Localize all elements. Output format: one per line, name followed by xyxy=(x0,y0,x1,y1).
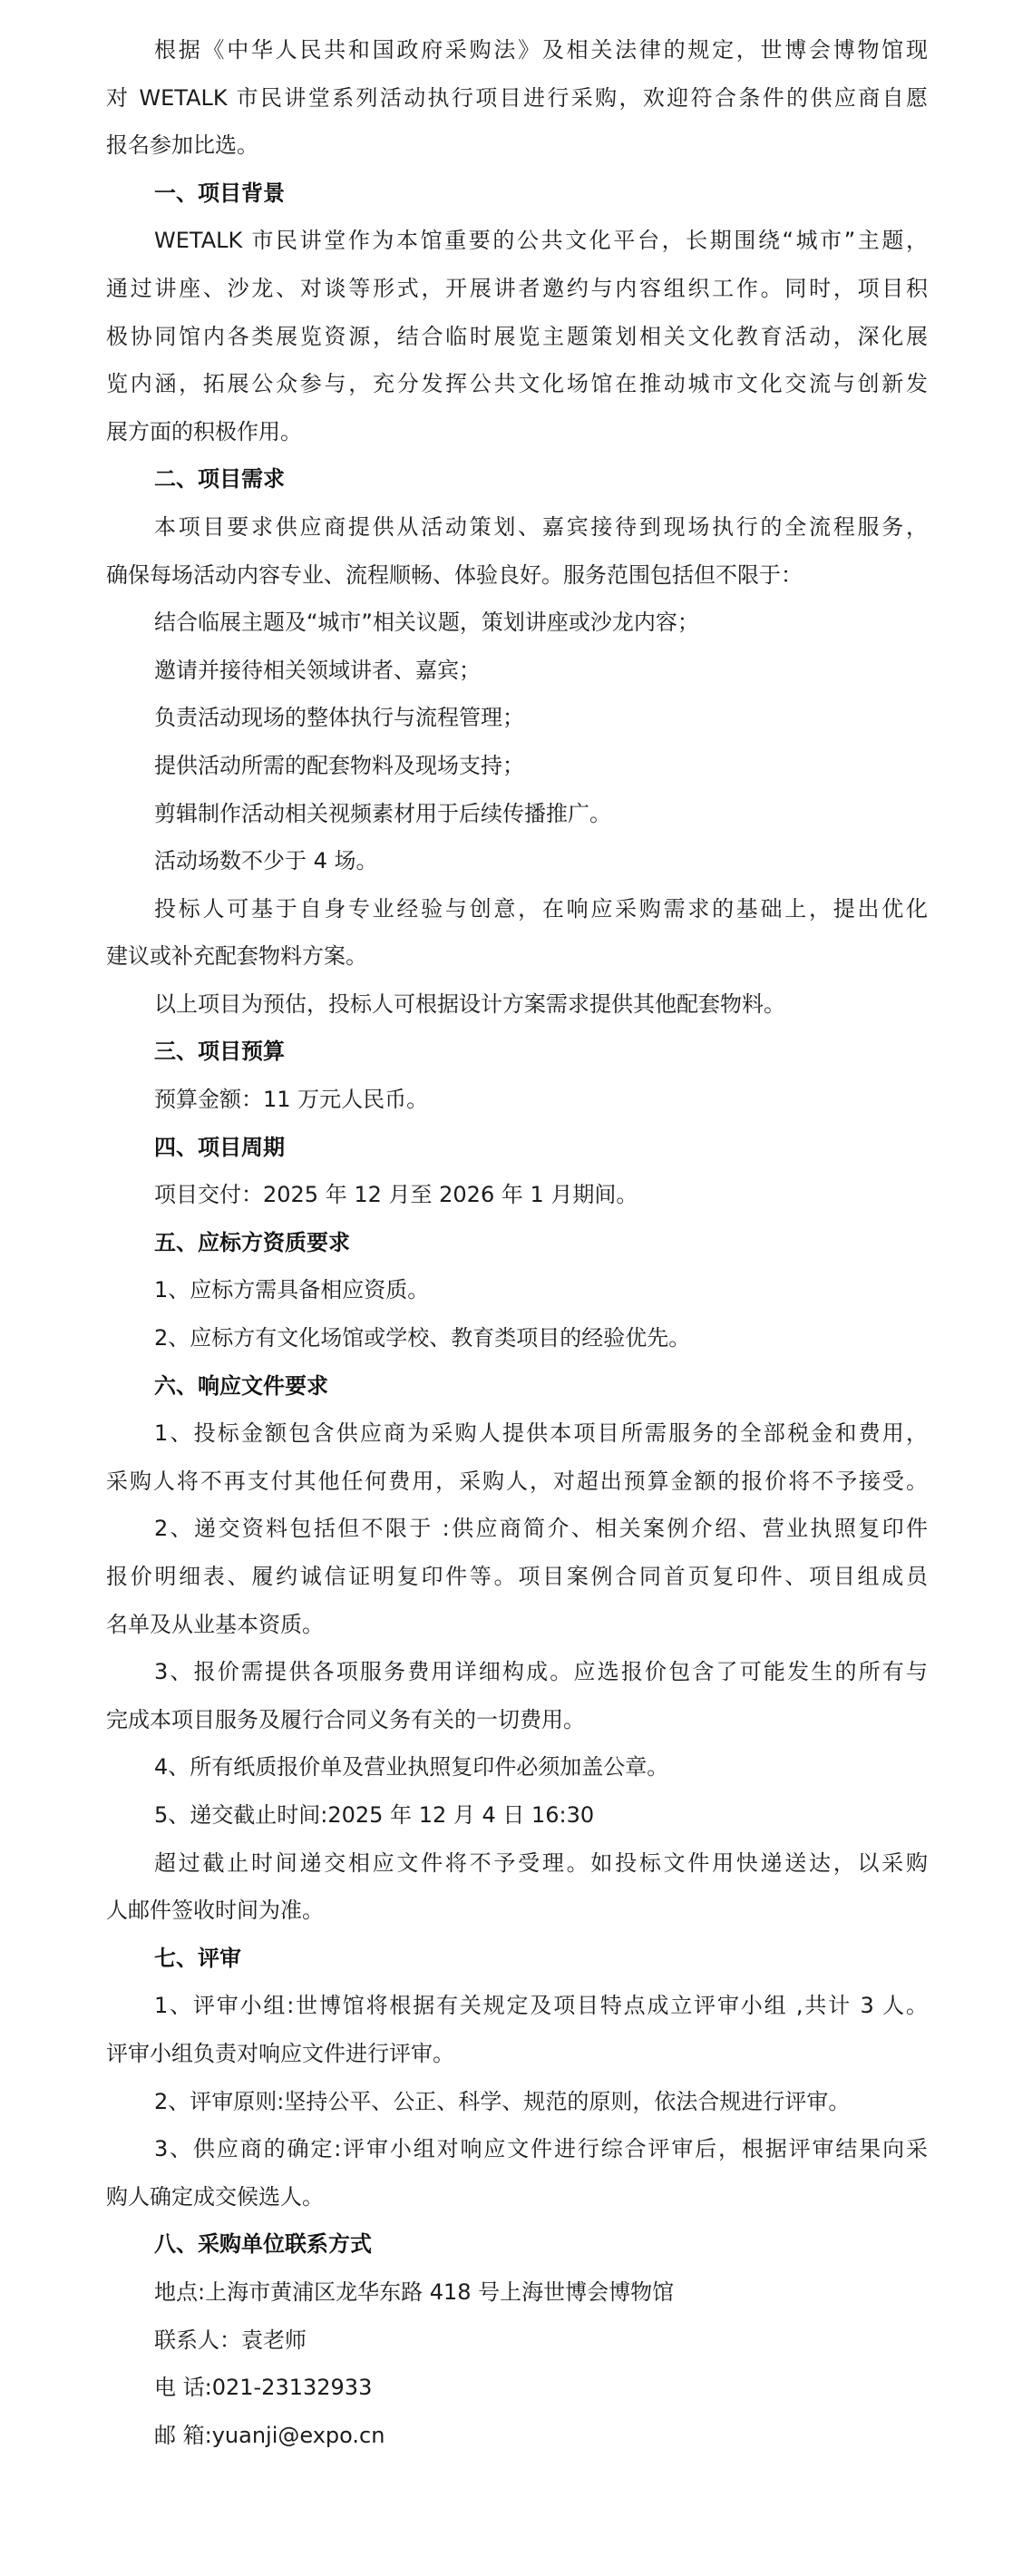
doc-line: 3、供应商的确定:评审小组对响应文件进行综合评审后，根据评审结果向采 xyxy=(106,2125,928,2173)
doc-line: 4、所有纸质报价单及营业执照复印件必须加盖公章。 xyxy=(106,1743,928,1791)
section-heading-contact: 八、采购单位联系方式 xyxy=(106,2220,928,2269)
doc-line: 建议或补充配套物料方案。 xyxy=(106,932,928,981)
section-heading-budget: 三、项目预算 xyxy=(106,1028,928,1076)
doc-line: 确保每场活动内容专业、流程顺畅、体验良好。服务范围包括但不限于： xyxy=(106,551,928,600)
doc-line: 展方面的积极作用。 xyxy=(106,408,928,456)
doc-line: 报价明细表、履约诚信证明复印件等。项目案例合同首页复印件、项目组成员 xyxy=(106,1553,928,1601)
qualification-item: 1、应标方需具备相应资质。 xyxy=(106,1266,928,1314)
doc-line: 2、递交资料包括但不限于 :供应商简介、相关案例介绍、营业执照复印件 xyxy=(106,1505,928,1553)
section-heading-qualifications: 五、应标方资质要求 xyxy=(106,1219,928,1267)
service-scope-item: 提供活动所需的配套物料及现场支持； xyxy=(106,742,928,790)
doc-line: 通过讲座、沙龙、对谈等形式，开展讲者邀约与内容组织工作。同时，项目积 xyxy=(106,265,928,313)
doc-line: 1、评审小组:世博馆将根据有关规定及项目特点成立评审小组 ,共计 3 人。 xyxy=(106,1982,928,2030)
doc-line: 完成本项目服务及履行合同义务有关的一切费用。 xyxy=(106,1696,928,1744)
doc-line: 1、投标金额包含供应商为采购人提供本项目所需服务的全部税金和费用， xyxy=(106,1410,928,1458)
service-scope-item: 邀请并接待相关领域讲者、嘉宾； xyxy=(106,647,928,695)
contact-address: 地点:上海市黄浦区龙华东路 418 号上海世博会博物馆 xyxy=(106,2269,928,2317)
doc-line: 超过截止时间递交相应文件将不予受理。如投标文件用快递送达，以采购 xyxy=(106,1839,928,1888)
service-scope-item: 结合临展主题及“城市”相关议题，策划讲座或沙龙内容； xyxy=(106,599,928,647)
budget-amount: 预算金额：11 万元人民币。 xyxy=(106,1076,928,1124)
qualification-item: 2、应标方有文化场馆或学校、教育类项目的经验优先。 xyxy=(106,1314,928,1362)
doc-line: 对 WETALK 市民讲堂系列活动执行项目进行采购，欢迎符合条件的供应商自愿 xyxy=(106,74,928,122)
doc-line: 购人确定成交候选人。 xyxy=(106,2173,928,2221)
delivery-period: 项目交付：2025 年 12 月至 2026 年 1 月期间。 xyxy=(106,1171,928,1219)
doc-line: WETALK 市民讲堂作为本馆重要的公共文化平台，长期围绕“城市”主题， xyxy=(106,217,928,265)
section-heading-review: 七、评审 xyxy=(106,1935,928,1983)
doc-line: 人邮件签收时间为准。 xyxy=(106,1887,928,1935)
contact-person: 联系人：袁老师 xyxy=(106,2317,928,2365)
contact-phone: 电 话:021-23132933 xyxy=(106,2364,928,2412)
procurement-notice-document: 根据《中华人民共和国政府采购法》及相关法律的规定，世博会博物馆现 对 WETAL… xyxy=(106,26,928,2459)
submission-deadline: 5、递交截止时间:2025 年 12 月 4 日 16:30 xyxy=(106,1791,928,1839)
doc-line: 以上项目为预估，投标人可根据设计方案需求提供其他配套物料。 xyxy=(106,981,928,1029)
section-heading-period: 四、项目周期 xyxy=(106,1124,928,1172)
doc-line: 本项目要求供应商提供从活动策划、嘉宾接待到现场执行的全流程服务， xyxy=(106,503,928,551)
service-scope-item: 负责活动现场的整体执行与流程管理； xyxy=(106,694,928,742)
doc-line: 极协同馆内各类展览资源，结合临时展览主题策划相关文化教育活动，深化展 xyxy=(106,313,928,361)
doc-line: 活动场数不少于 4 场。 xyxy=(106,837,928,885)
doc-line: 报名参加比选。 xyxy=(106,122,928,170)
doc-line: 名单及从业基本资质。 xyxy=(106,1601,928,1649)
doc-line: 投标人可基于自身专业经验与创意，在响应采购需求的基础上，提出优化 xyxy=(106,885,928,933)
contact-email[interactable]: 邮 箱:yuanji@expo.cn xyxy=(106,2412,928,2460)
section-heading-requirements: 二、项目需求 xyxy=(106,455,928,503)
doc-line: 采购人将不再支付其他任何费用，采购人，对超出预算金额的报价将不予接受。 xyxy=(106,1458,928,1506)
doc-line: 3、报价需提供各项服务费用详细构成。应选报价包含了可能发生的所有与 xyxy=(106,1648,928,1696)
doc-line: 览内涵，拓展公众参与，充分发挥公共文化场馆在推动城市文化交流与创新发 xyxy=(106,360,928,408)
service-scope-item: 剪辑制作活动相关视频素材用于后续传播推广。 xyxy=(106,790,928,838)
section-heading-response-docs: 六、响应文件要求 xyxy=(106,1362,928,1410)
doc-line: 评审小组负责对响应文件进行评审。 xyxy=(106,2030,928,2078)
section-heading-background: 一、项目背景 xyxy=(106,170,928,218)
doc-line: 根据《中华人民共和国政府采购法》及相关法律的规定，世博会博物馆现 xyxy=(106,26,928,74)
doc-line: 2、评审原则:坚持公平、公正、科学、规范的原则，依法合规进行评审。 xyxy=(106,2078,928,2126)
